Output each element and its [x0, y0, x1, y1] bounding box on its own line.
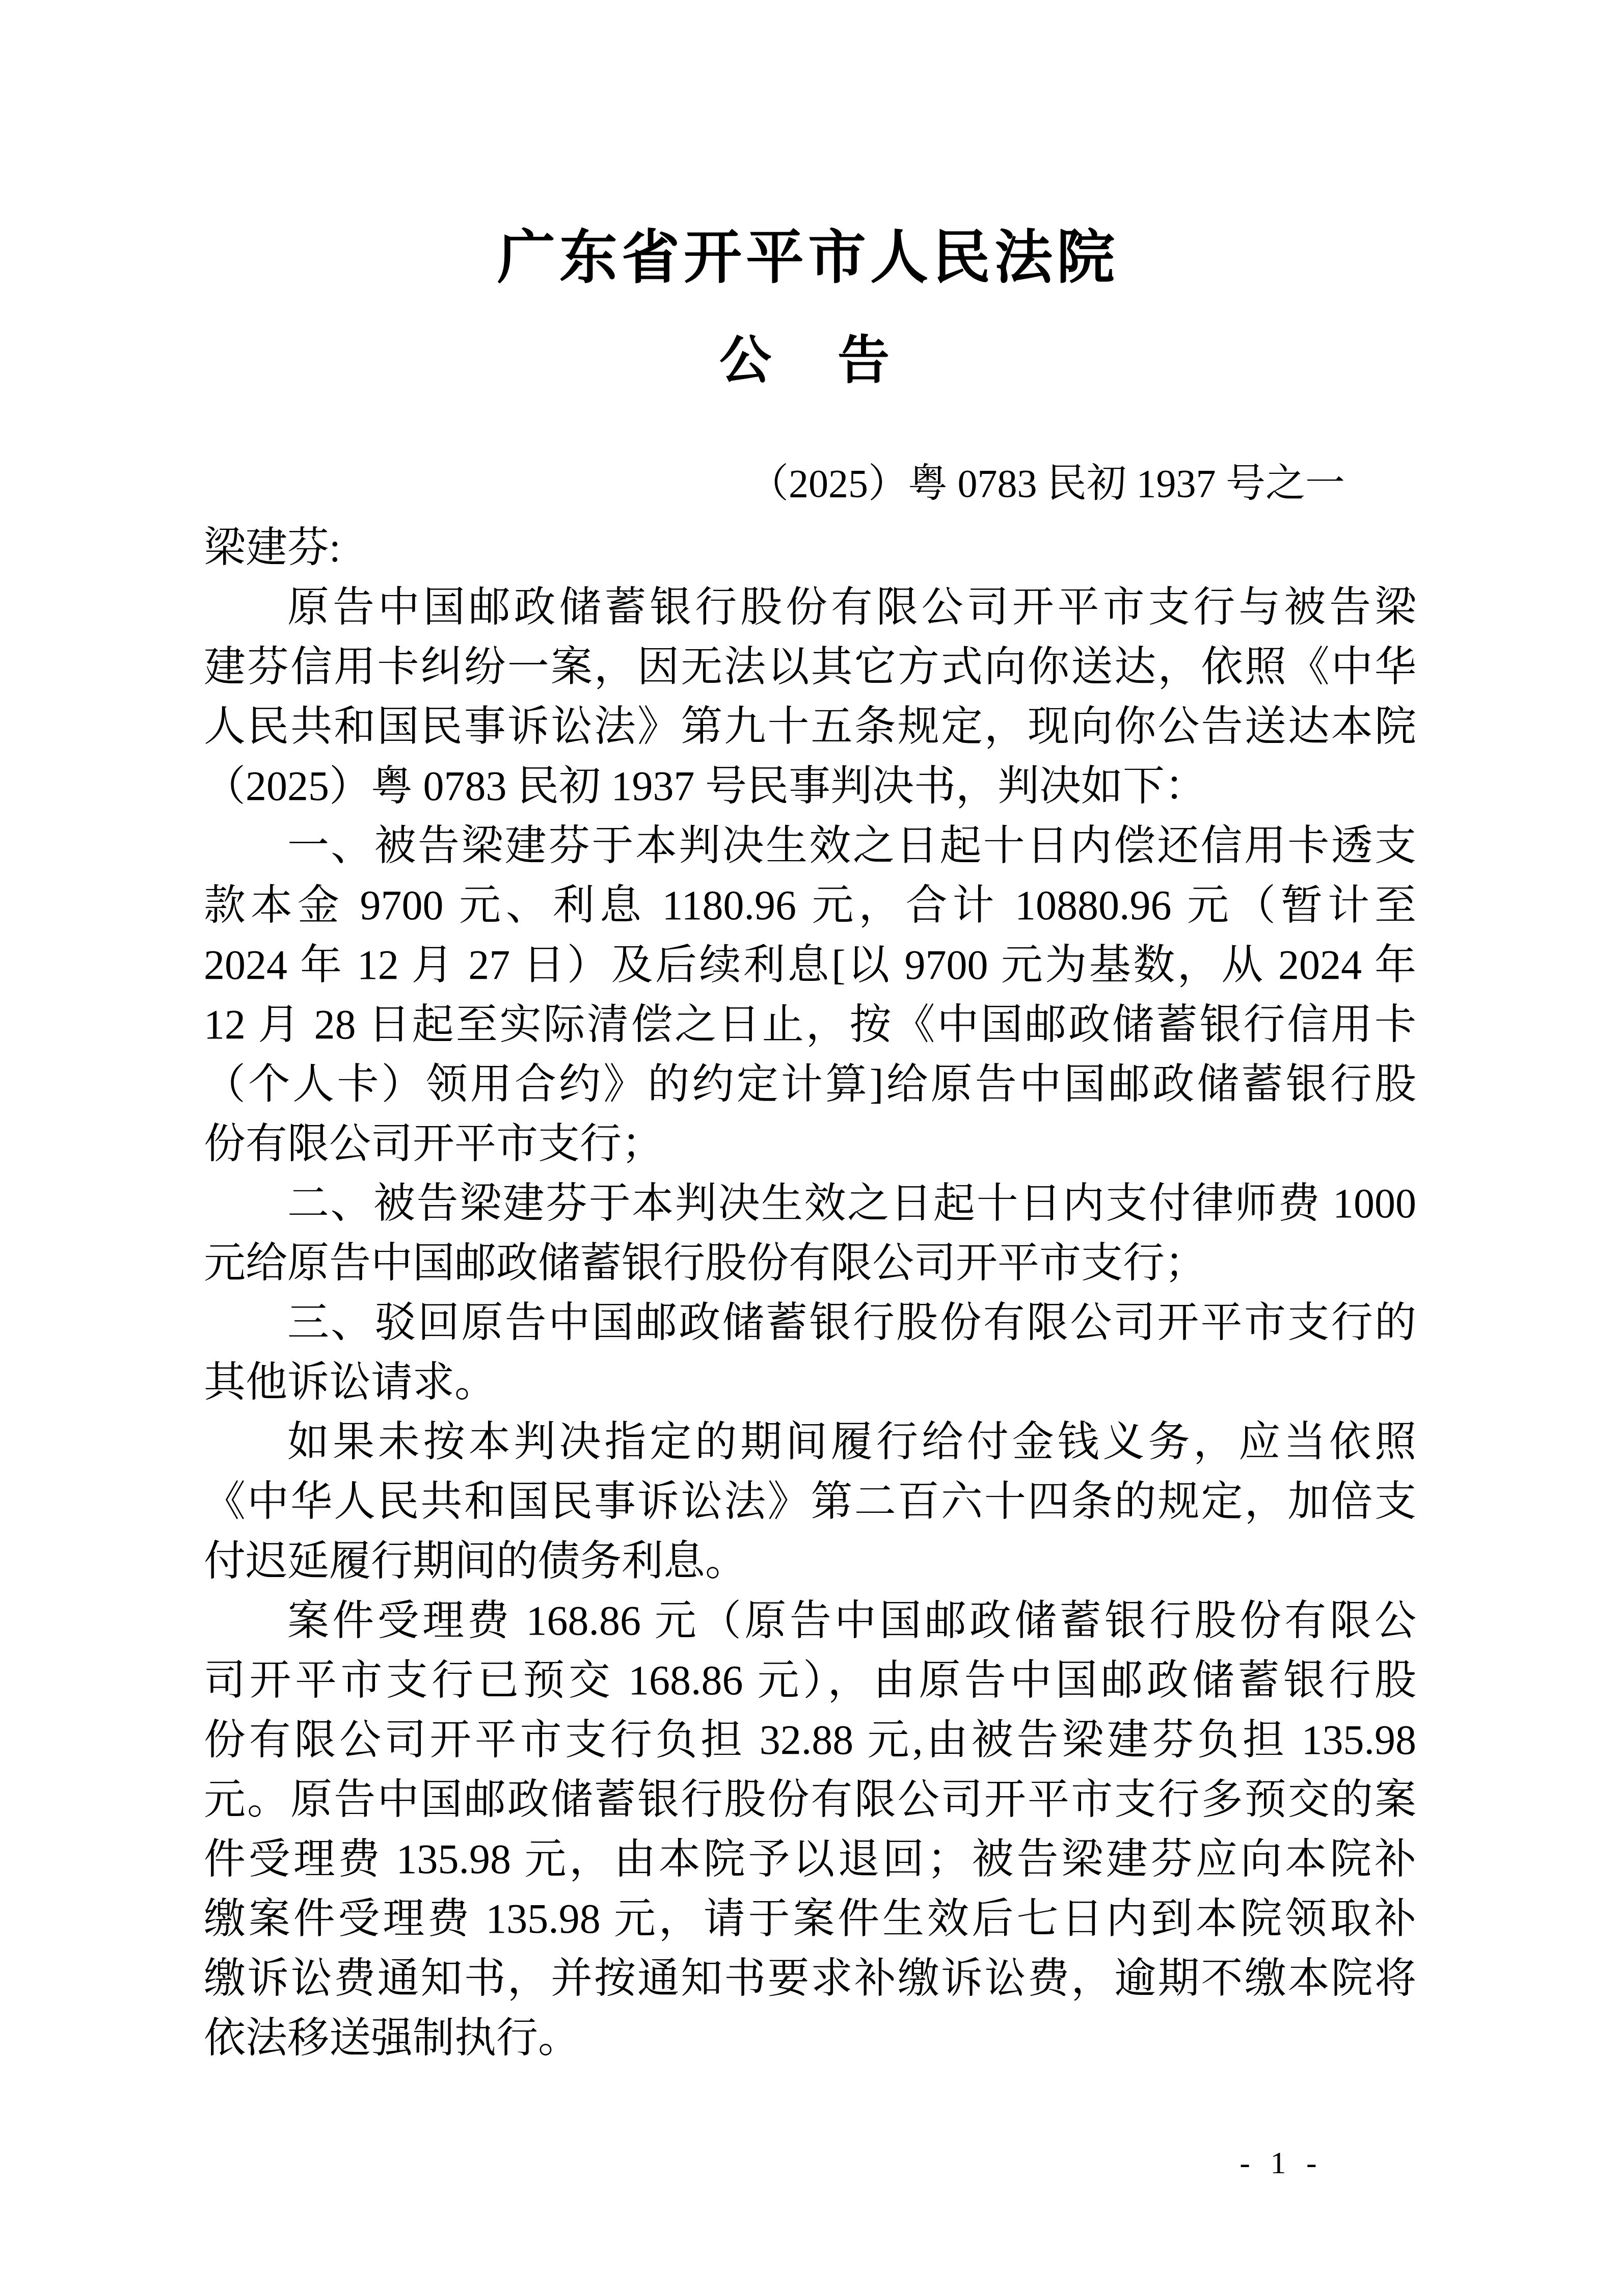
- text-line-12: 二、被告梁建芬于本判决生效之日起十日内支付律师费 1000: [204, 1173, 1416, 1233]
- text-line-4: 人民共和国民事诉讼法》第九十五条规定，现向你公告送达本院: [204, 697, 1416, 756]
- text-line-8: 2024 年 12 月 27 日）及后续利息[以 9700 元为基数，从 202…: [204, 935, 1416, 995]
- announcement-body: 梁建芬:原告中国邮政储蓄银行股份有限公司开平市支行与被告梁建芬信用卡纠纷一案，因…: [204, 518, 1416, 2068]
- text-line-19: 案件受理费 168.86 元（原告中国邮政储蓄银行股份有限公: [204, 1591, 1416, 1650]
- text-line-21: 份有限公司开平市支行负担 32.88 元,由被告梁建芬负担 135.98: [204, 1710, 1416, 1770]
- text-line-7: 款本金 9700 元、利息 1180.96 元，合计 10880.96 元（暂计…: [204, 875, 1416, 935]
- page-number: - 1 -: [1223, 2144, 1340, 2182]
- text-line-11: 份有限公司开平市支行；: [204, 1114, 1416, 1173]
- text-line-26: 依法移送强制执行。: [204, 2008, 1416, 2068]
- text-line-16: 如果未按本判决指定的期间履行给付金钱义务，应当依照: [204, 1412, 1416, 1472]
- text-line-18: 付迟延履行期间的债务利息。: [204, 1531, 1416, 1591]
- text-line-5: （2025）粤 0783 民初 1937 号民事判决书，判决如下：: [204, 756, 1416, 816]
- text-line-6: 一、被告梁建芬于本判决生效之日起十日内偿还信用卡透支: [204, 816, 1416, 875]
- text-line-23: 件受理费 135.98 元，由本院予以退回；被告梁建芬应向本院补: [204, 1829, 1416, 1889]
- text-line-10: （个人卡）领用合约》的约定计算]给原告中国邮政储蓄银行股: [204, 1054, 1416, 1114]
- text-line-17: 《中华人民共和国民事诉讼法》第二百六十四条的规定，加倍支: [204, 1472, 1416, 1531]
- text-line-3: 建芬信用卡纠纷一案，因无法以其它方式向你送达，依照《中华: [204, 637, 1416, 697]
- doc-type-title: 公 告: [0, 330, 1616, 392]
- text-line-1: 梁建芬:: [204, 518, 1416, 577]
- text-line-15: 其他诉讼请求。: [204, 1352, 1416, 1412]
- text-line-9: 12 月 28 日起至实际清偿之日止，按《中国邮政储蓄银行信用卡: [204, 995, 1416, 1054]
- text-line-14: 三、驳回原告中国邮政储蓄银行股份有限公司开平市支行的: [204, 1293, 1416, 1352]
- text-line-24: 缴案件受理费 135.98 元，请于案件生效后七日内到本院领取补: [204, 1889, 1416, 1948]
- text-line-2: 原告中国邮政储蓄银行股份有限公司开平市支行与被告梁: [204, 577, 1416, 637]
- court-name-title: 广东省开平市人民法院: [0, 223, 1616, 293]
- text-line-20: 司开平市支行已预交 168.86 元），由原告中国邮政储蓄银行股: [204, 1650, 1416, 1710]
- case-number: （2025）粤 0783 民初 1937 号之一: [204, 460, 1416, 508]
- text-line-13: 元给原告中国邮政储蓄银行股份有限公司开平市支行；: [204, 1233, 1416, 1293]
- text-line-25: 缴诉讼费通知书，并按通知书要求补缴诉讼费，逾期不缴本院将: [204, 1948, 1416, 2008]
- court-announcement-page: 广东省开平市人民法院 公 告 （2025）粤 0783 民初 1937 号之一 …: [0, 0, 1616, 2296]
- text-line-22: 元。原告中国邮政储蓄银行股份有限公司开平市支行多预交的案: [204, 1770, 1416, 1829]
